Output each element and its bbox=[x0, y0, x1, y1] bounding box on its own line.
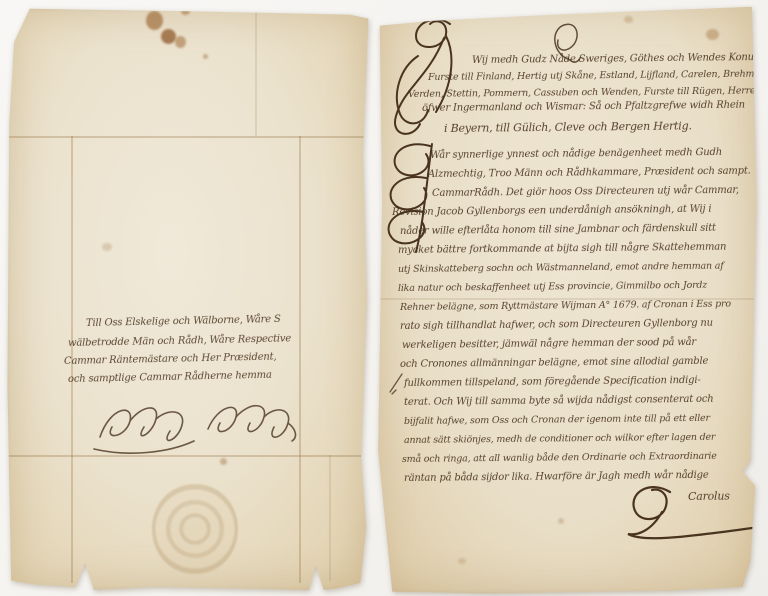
title-line: i Beyern, till Gülich, Cleve och Bergen … bbox=[444, 119, 692, 135]
stain bbox=[146, 11, 163, 30]
body-line: bijfalit hafwe, som Oss och Cronan der i… bbox=[404, 413, 710, 427]
fold-crease bbox=[329, 455, 331, 581]
stain bbox=[161, 29, 176, 44]
body-line: utj Skinskatteberg sochn och Wästmannela… bbox=[398, 261, 724, 275]
body-line: mycket bättre fortkommande at bijta sigh… bbox=[398, 242, 726, 256]
stain bbox=[220, 458, 227, 465]
right-page: Wij medh Gudz Nåde Sweriges, Göthes och … bbox=[372, 2, 762, 594]
fold-crease bbox=[6, 455, 362, 457]
stain bbox=[203, 54, 208, 59]
left-page-wrap: Till Oss Elskelige och Wälborne, Wåre S … bbox=[6, 7, 372, 591]
manuscript-photo: Till Oss Elskelige och Wälborne, Wåre S … bbox=[0, 0, 768, 596]
stain bbox=[558, 518, 564, 524]
address-line: Till Oss Elskelige och Wälborne, Wåre S bbox=[86, 314, 281, 329]
title-line: Wij medh Gudz Nåde Sweriges, Göthes och … bbox=[472, 52, 768, 66]
address-line: wälbetrodde Män och Rådh, Wåre Respectiv… bbox=[68, 333, 291, 349]
body-line: fullkommen tillspeland, som föregående S… bbox=[404, 375, 701, 389]
right-page-wrap: Wij medh Gudz Nåde Sweriges, Göthes och … bbox=[372, 2, 762, 594]
stain bbox=[102, 243, 112, 251]
stain bbox=[175, 36, 186, 48]
signature-flourish-left bbox=[88, 397, 200, 455]
title-line: öfwer Ingermanland och Wismar: Så och Pf… bbox=[422, 100, 745, 114]
title-line: Furste till Finland, Hertig utj Skåne, E… bbox=[428, 68, 768, 83]
body-line: Wår synnerlige ynnest och nådige benägen… bbox=[430, 147, 722, 161]
body-line: rato sigh tillhandlat hafwer, och som Di… bbox=[400, 318, 713, 332]
stain bbox=[458, 558, 466, 564]
fold-crease bbox=[8, 136, 366, 138]
body-line: Alzmechtig, Troo Männ och Rådhkammare, P… bbox=[428, 166, 751, 180]
royal-signature-text: Carolus bbox=[688, 490, 730, 503]
body-line: Rehner belägne, som Ryttmästare Wijman A… bbox=[400, 299, 731, 313]
body-line: lika natur och beskaffenheet utj Ess pro… bbox=[398, 280, 707, 294]
body-line: annat sätt skiönjes, medh de conditioner… bbox=[404, 432, 715, 446]
signature-flourish-right bbox=[200, 399, 302, 445]
body-line: små och ringa, att all wanlig både den O… bbox=[402, 451, 717, 465]
embossed-seal bbox=[152, 483, 238, 575]
body-line: terat. Och Wij till samma byte så wijda … bbox=[404, 394, 714, 408]
fold-crease bbox=[255, 11, 257, 136]
fold-crease bbox=[299, 136, 301, 583]
body-line: Revision Jacob Gyllenborgs een underdåni… bbox=[392, 204, 712, 218]
body-line: och Cronones allmänningar belägne, emot … bbox=[400, 356, 708, 370]
stain bbox=[624, 16, 633, 23]
body-line: nåder wille efterlåta honom till sine Ja… bbox=[400, 223, 716, 237]
title-line: Verden, Stettin, Pommern, Cassuben och W… bbox=[408, 85, 755, 100]
stain bbox=[706, 29, 719, 40]
address-line: och samptlige Cammar Rådherne hemma bbox=[68, 370, 272, 385]
royal-signature-flourish bbox=[620, 478, 758, 550]
body-line: CammarRådh. Det giör hoos Oss Directeure… bbox=[432, 185, 739, 199]
address-line: Cammar Räntemästare och Her Præsident, bbox=[64, 352, 277, 367]
body-line: werkeligen besitter, jämwäl någre hemman… bbox=[402, 337, 696, 351]
left-page: Till Oss Elskelige och Wälborne, Wåre S … bbox=[6, 7, 372, 591]
stain bbox=[181, 7, 190, 15]
